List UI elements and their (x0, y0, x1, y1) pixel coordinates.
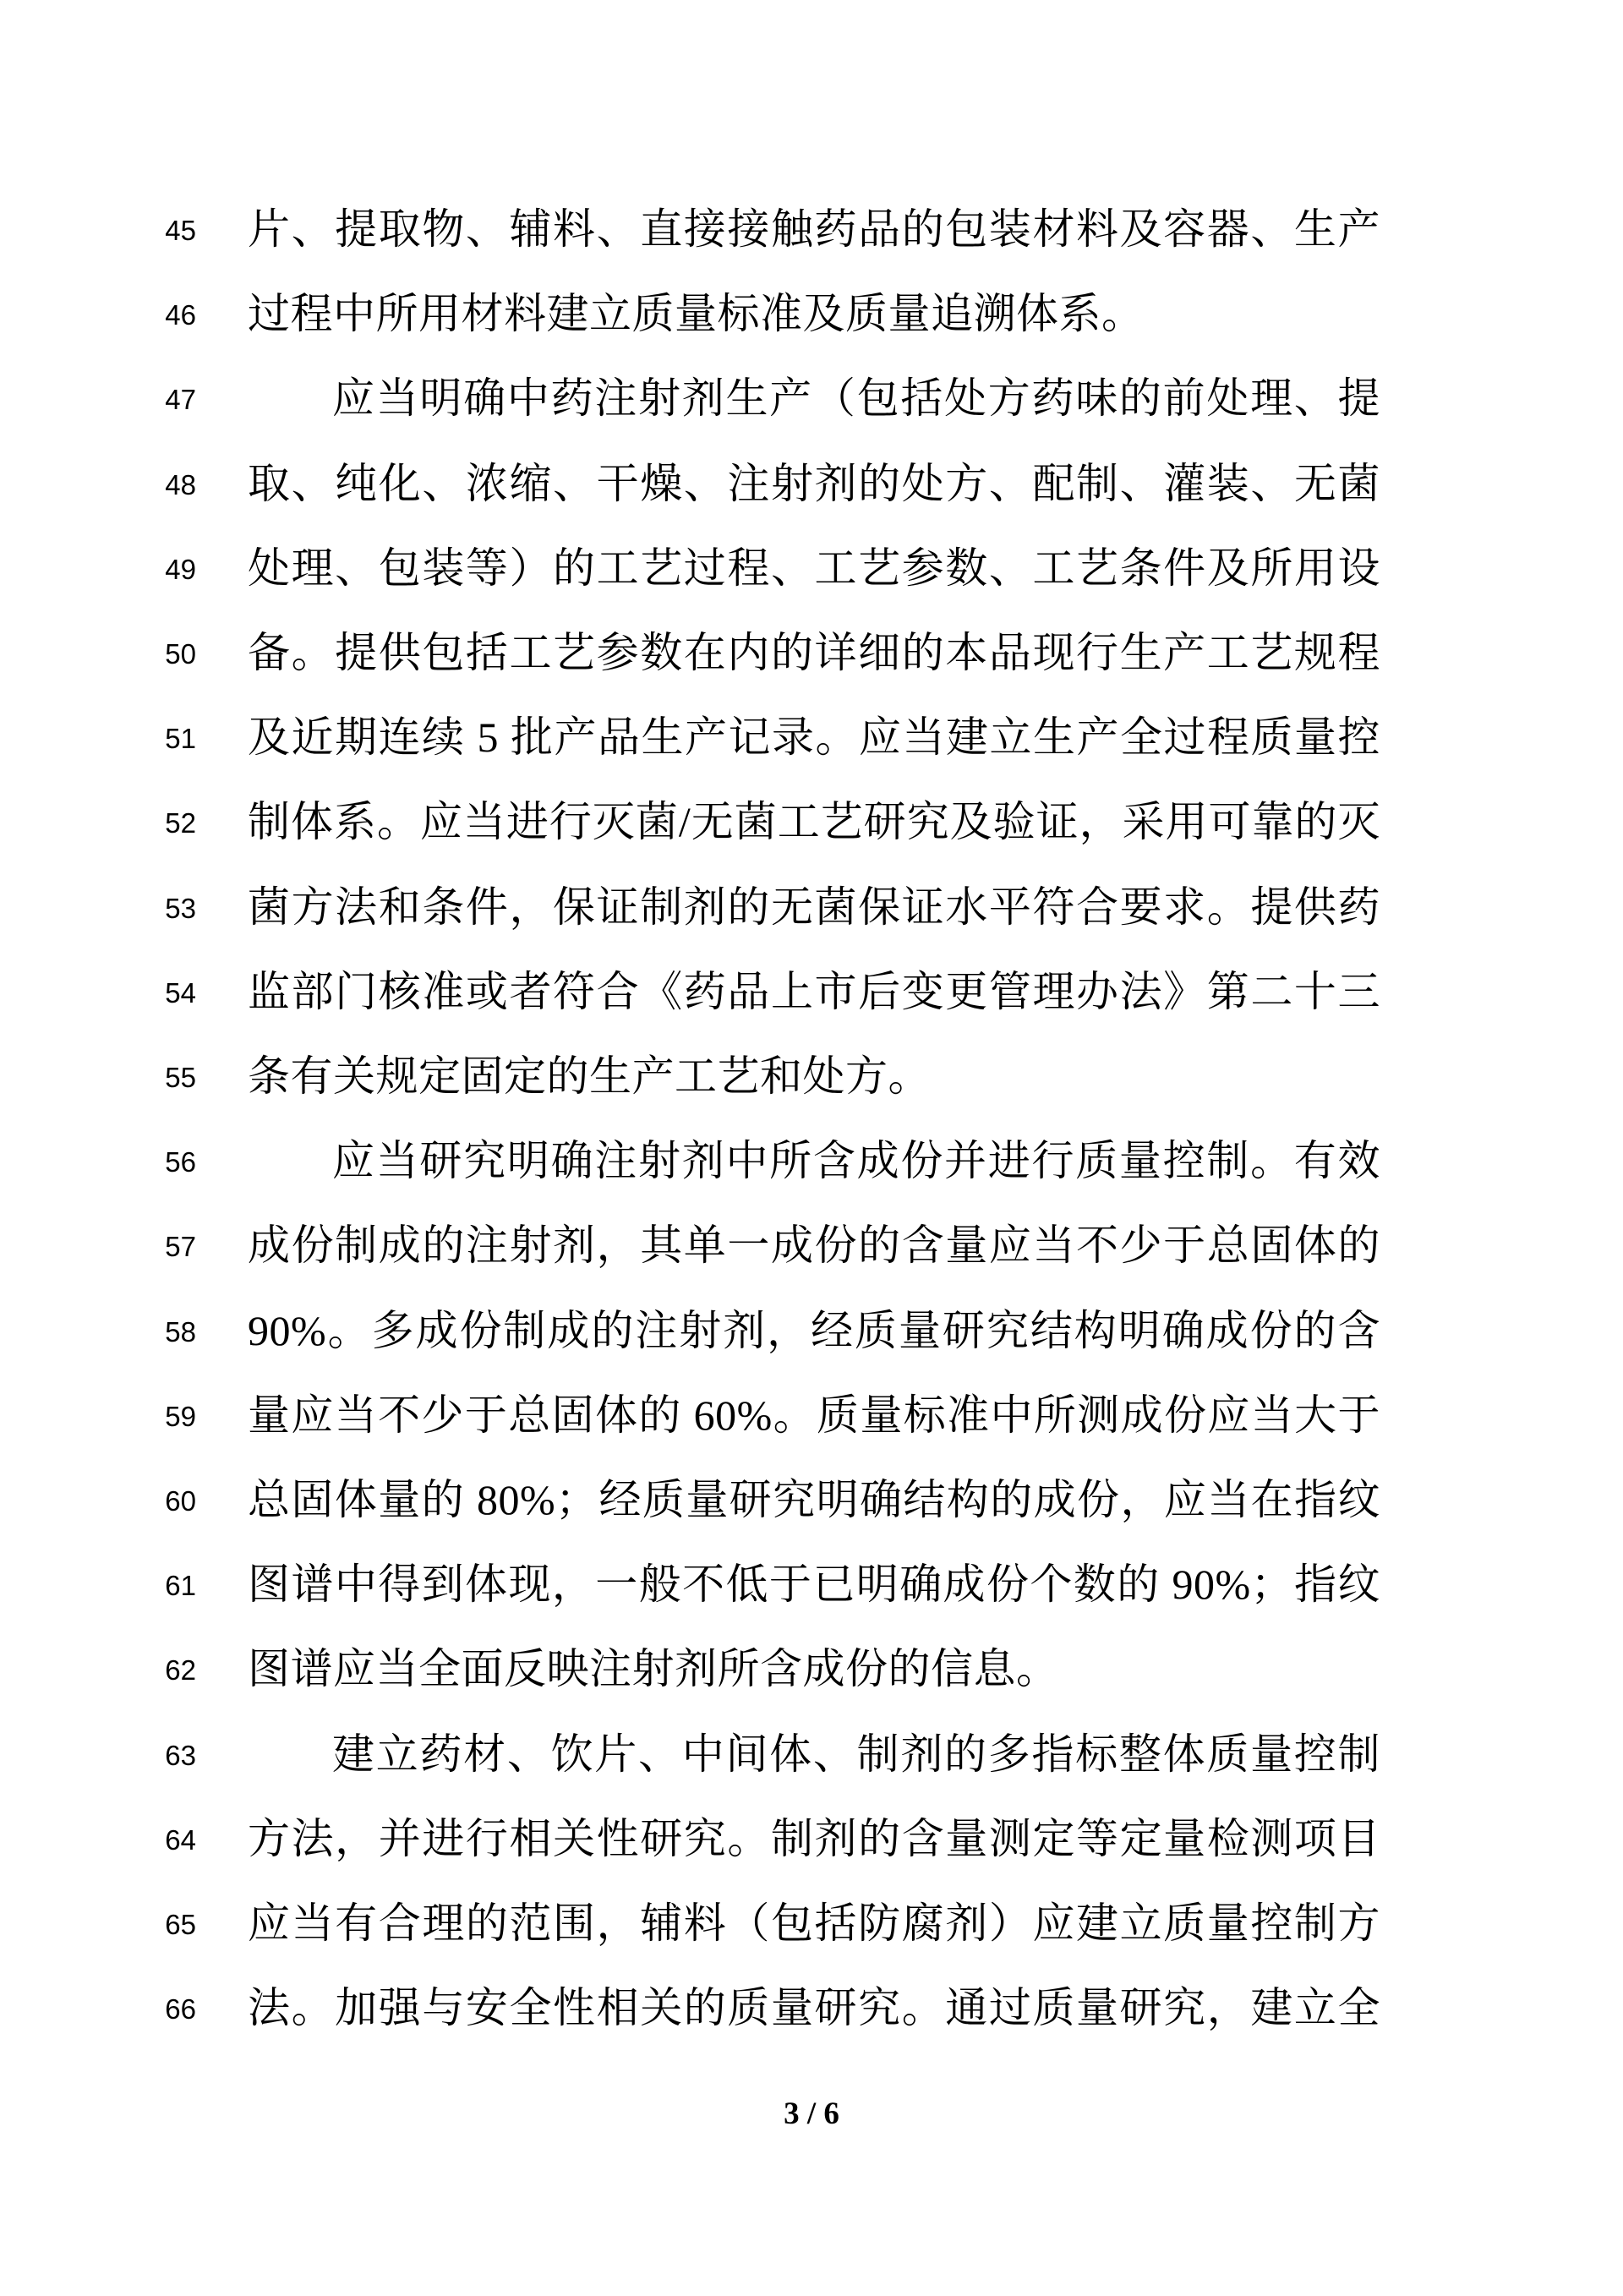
line-text: 菌方法和条件，保证制剂的无菌保证水平符合要求。提供药 (248, 865, 1380, 949)
line-number: 54 (0, 949, 196, 1034)
line-text: 图谱中得到体现，一般不低于已明确成份个数的 90%；指纹 (248, 1542, 1380, 1626)
line-number: 45 (0, 187, 196, 271)
line-row: 66法。加强与安全性相关的质量研究。通过质量研究，建立全 (0, 1965, 1623, 2050)
line-row: 46过程中所用材料建立质量标准及质量追溯体系。 (0, 271, 1623, 356)
line-row: 50备。提供包括工艺参数在内的详细的本品现行生产工艺规程 (0, 610, 1623, 695)
line-number: 66 (0, 1965, 196, 2050)
line-text: 处理、包装等）的工艺过程、工艺参数、工艺条件及所用设 (248, 526, 1380, 610)
line-number: 61 (0, 1542, 196, 1626)
line-text: 总固体量的 80%；经质量研究明确结构的成份，应当在指纹 (248, 1457, 1380, 1542)
line-number: 47 (0, 356, 196, 440)
line-text: 建立药材、饮片、中间体、制剂的多指标整体质量控制 (248, 1712, 1380, 1796)
line-number: 55 (0, 1034, 196, 1118)
line-number: 62 (0, 1626, 196, 1711)
line-row: 55条有关规定固定的生产工艺和处方。 (0, 1034, 1623, 1118)
line-text: 应当研究明确注射剂中所含成份并进行质量控制。有效 (248, 1118, 1380, 1203)
line-text: 片、提取物、辅料、直接接触药品的包装材料及容器、生产 (248, 187, 1380, 271)
line-number: 46 (0, 271, 196, 356)
line-number: 50 (0, 610, 196, 695)
line-row: 5890%。多成份制成的注射剂，经质量研究结构明确成份的含 (0, 1288, 1623, 1373)
line-row: 65应当有合理的范围，辅料（包括防腐剂）应建立质量控制方 (0, 1881, 1623, 1965)
line-row: 60总固体量的 80%；经质量研究明确结构的成份，应当在指纹 (0, 1457, 1623, 1542)
line-number: 51 (0, 695, 196, 779)
line-text: 方法，并进行相关性研究。制剂的含量测定等定量检测项目 (248, 1796, 1380, 1881)
line-row: 59量应当不少于总固体的 60%。质量标准中所测成份应当大于 (0, 1373, 1623, 1457)
line-text: 制体系。应当进行灭菌/无菌工艺研究及验证，采用可靠的灭 (248, 779, 1380, 864)
line-text: 成份制成的注射剂，其单一成份的含量应当不少于总固体的 (248, 1203, 1380, 1287)
line-row: 61图谱中得到体现，一般不低于已明确成份个数的 90%；指纹 (0, 1542, 1623, 1626)
page-number: 3 / 6 (0, 2093, 1623, 2135)
line-number: 53 (0, 865, 196, 949)
line-row: 52制体系。应当进行灭菌/无菌工艺研究及验证，采用可靠的灭 (0, 779, 1623, 864)
line-row: 49处理、包装等）的工艺过程、工艺参数、工艺条件及所用设 (0, 526, 1623, 610)
line-row: 62图谱应当全面反映注射剂所含成份的信息。 (0, 1626, 1623, 1711)
line-number: 60 (0, 1457, 196, 1542)
line-number: 49 (0, 526, 196, 610)
line-text: 应当有合理的范围，辅料（包括防腐剂）应建立质量控制方 (248, 1881, 1380, 1965)
line-row: 51及近期连续 5 批产品生产记录。应当建立生产全过程质量控 (0, 695, 1623, 779)
line-number: 59 (0, 1373, 196, 1457)
line-row: 53菌方法和条件，保证制剂的无菌保证水平符合要求。提供药 (0, 865, 1623, 949)
line-text: 应当明确中药注射剂生产（包括处方药味的前处理、提 (248, 356, 1380, 440)
line-row: 64方法，并进行相关性研究。制剂的含量测定等定量检测项目 (0, 1796, 1623, 1881)
line-text: 备。提供包括工艺参数在内的详细的本品现行生产工艺规程 (248, 610, 1380, 695)
line-number: 64 (0, 1796, 196, 1881)
line-row: 54监部门核准或者符合《药品上市后变更管理办法》第二十三 (0, 949, 1623, 1034)
line-row: 56应当研究明确注射剂中所含成份并进行质量控制。有效 (0, 1118, 1623, 1203)
line-row: 47应当明确中药注射剂生产（包括处方药味的前处理、提 (0, 356, 1623, 440)
line-number: 58 (0, 1288, 196, 1373)
line-number: 56 (0, 1118, 196, 1203)
line-number: 57 (0, 1203, 196, 1287)
line-text: 量应当不少于总固体的 60%。质量标准中所测成份应当大于 (248, 1373, 1380, 1457)
line-number: 63 (0, 1712, 196, 1796)
line-number: 65 (0, 1881, 196, 1965)
line-number: 48 (0, 441, 196, 526)
document-page: 45片、提取物、辅料、直接接触药品的包装材料及容器、生产46过程中所用材料建立质… (0, 0, 1623, 2296)
line-text: 过程中所用材料建立质量标准及质量追溯体系。 (248, 271, 1380, 356)
line-row: 45片、提取物、辅料、直接接触药品的包装材料及容器、生产 (0, 187, 1623, 271)
line-text: 90%。多成份制成的注射剂，经质量研究结构明确成份的含 (248, 1288, 1380, 1373)
line-text: 及近期连续 5 批产品生产记录。应当建立生产全过程质量控 (248, 695, 1380, 779)
line-number: 52 (0, 779, 196, 864)
line-text: 监部门核准或者符合《药品上市后变更管理办法》第二十三 (248, 949, 1380, 1034)
line-text: 取、纯化、浓缩、干燥、注射剂的处方、配制、灌装、无菌 (248, 441, 1380, 526)
line-row: 63建立药材、饮片、中间体、制剂的多指标整体质量控制 (0, 1712, 1623, 1796)
line-text: 图谱应当全面反映注射剂所含成份的信息。 (248, 1626, 1380, 1711)
line-text: 条有关规定固定的生产工艺和处方。 (248, 1034, 1380, 1118)
line-row: 57成份制成的注射剂，其单一成份的含量应当不少于总固体的 (0, 1203, 1623, 1287)
line-text: 法。加强与安全性相关的质量研究。通过质量研究，建立全 (248, 1965, 1380, 2050)
line-row: 48取、纯化、浓缩、干燥、注射剂的处方、配制、灌装、无菌 (0, 441, 1623, 526)
